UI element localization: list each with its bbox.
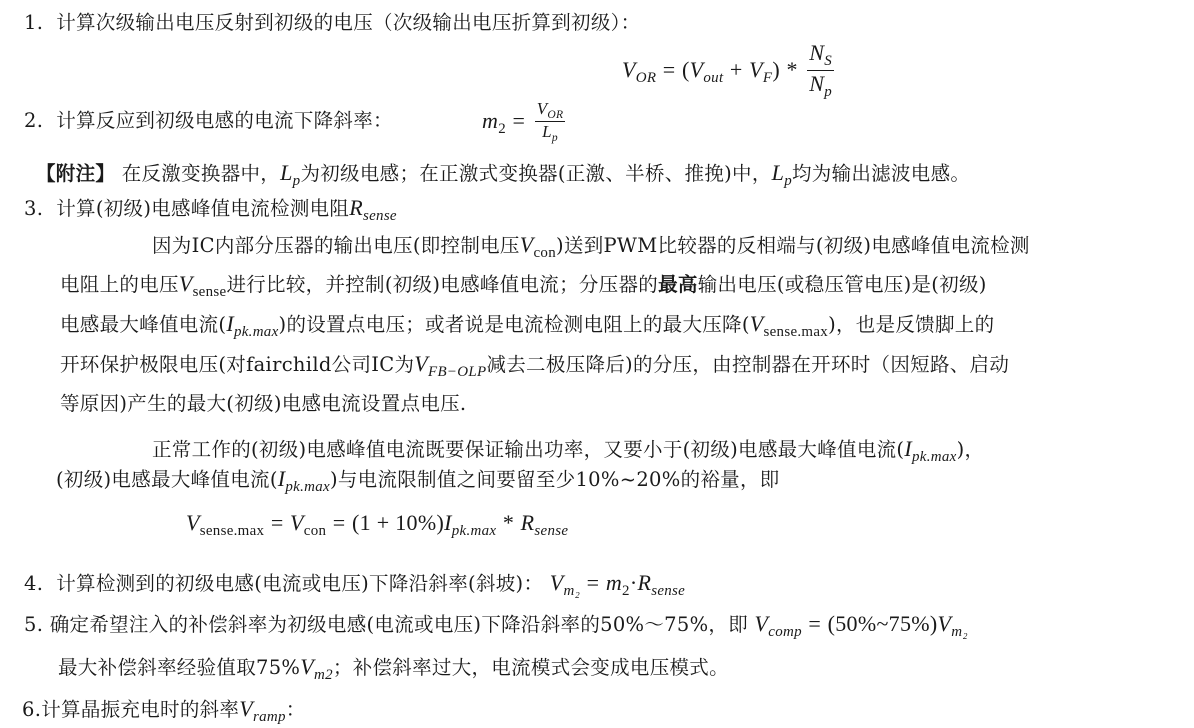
item-3-text: 计算(初级)电感峰值电流检测电阻 bbox=[56, 197, 349, 220]
item-1-text: 计算次级输出电压反射到初级的电压（次级输出电压折算到初级）： bbox=[56, 11, 640, 34]
subscript: con bbox=[533, 245, 556, 261]
item-6-line: 6.计算晶振充电时的斜率Vramp： bbox=[22, 696, 306, 728]
equals-sign: = bbox=[587, 570, 600, 595]
item-2-line: 2. 计算反应到初级电感的电流下降斜率： bbox=[24, 106, 393, 136]
symbol: V bbox=[938, 611, 952, 636]
times-sign: * bbox=[503, 510, 514, 535]
symbol: L bbox=[280, 160, 293, 185]
symbol: I bbox=[904, 436, 912, 461]
subscript: m2 bbox=[314, 667, 333, 683]
item-6-text: 计算晶振充电时的斜率 bbox=[41, 698, 239, 721]
symbol: V bbox=[300, 654, 314, 679]
subscript: pk.max bbox=[234, 324, 279, 340]
para1-line3: 电感最大峰值电流(Ipk.max)的设置点电压；或者说是电流检测电阻上的最大压降… bbox=[60, 311, 994, 345]
formula-vor: VOR = (Vout + VF) * NS Np bbox=[622, 40, 837, 108]
times-sign: * bbox=[786, 57, 797, 82]
subscript: sense.max bbox=[764, 324, 829, 340]
subscript: p bbox=[784, 173, 792, 189]
symbol: V bbox=[749, 57, 763, 82]
symbol: V bbox=[550, 570, 564, 595]
subscript: con bbox=[304, 523, 327, 539]
text: 电感最大峰值电流( bbox=[60, 313, 226, 336]
para2-line2: (初级)电感最大峰值电流(Ipk.max)与电流限制值之间要留至少10%~20%… bbox=[56, 466, 780, 500]
text: )， bbox=[957, 438, 985, 461]
item-6-number: 6. bbox=[22, 698, 41, 721]
symbol: V bbox=[186, 510, 200, 535]
subscript: F bbox=[763, 70, 772, 86]
symbol: V bbox=[414, 351, 428, 376]
note-text: 均为输出滤波电感。 bbox=[792, 162, 970, 185]
subscript: pk.max bbox=[912, 449, 957, 465]
symbol: V bbox=[179, 271, 193, 296]
subscript: pk.max bbox=[285, 479, 330, 495]
item-4-text: 计算检测到的初级电感(电流或电压)下降沿斜率(斜坡)： bbox=[56, 572, 543, 595]
equals-sign: = bbox=[333, 510, 346, 535]
symbol: m bbox=[606, 570, 622, 595]
symbol: N bbox=[809, 71, 824, 96]
subscript: sense.max bbox=[200, 523, 265, 539]
text: (初级)电感最大峰值电流( bbox=[56, 468, 278, 491]
symbol: R bbox=[349, 195, 363, 220]
para1-line4: 开环保护极限电压(对fairchild公司IC为VFB−OLP减去二极压降后)的… bbox=[60, 351, 1009, 385]
subscript: sense bbox=[651, 583, 685, 599]
symbol: R bbox=[637, 570, 651, 595]
note-label: 【附注】 bbox=[36, 162, 115, 185]
item-3-line: 3. 计算(初级)电感峰值电流检测电阻Rsense bbox=[24, 195, 397, 229]
note-text: 在反激变换器中， bbox=[122, 162, 280, 185]
subscript: m₂ bbox=[951, 624, 968, 640]
para1-line1: 因为IC内部分压器的输出电压(即控制电压Vcon)送到PWM比较器的反相端与(初… bbox=[152, 232, 1030, 266]
item-4-number: 4. bbox=[24, 572, 43, 595]
note-line: 【附注】 在反激变换器中，Lp为初级电感；在正激式变换器(正激、半桥、推挽)中，… bbox=[36, 160, 970, 194]
symbol: N bbox=[809, 40, 824, 65]
symbol: V bbox=[290, 510, 304, 535]
text: )，也是反馈脚上的 bbox=[828, 313, 994, 336]
subscript: p bbox=[552, 131, 558, 144]
subscript: sense bbox=[193, 284, 227, 300]
formula-vsense: Vsense.max = Vcon = (1 + 10%)Ipk.max * R… bbox=[186, 510, 568, 544]
symbol: R bbox=[521, 510, 535, 535]
factor: (1 + 10%) bbox=[352, 510, 444, 535]
subscript: OR bbox=[547, 108, 563, 121]
subscript: m₂ bbox=[564, 583, 581, 599]
item-2-text: 计算反应到初级电感的电流下降斜率： bbox=[56, 109, 393, 132]
subscript: sense bbox=[534, 523, 568, 539]
symbol: V bbox=[239, 696, 253, 721]
text: 电阻上的电压 bbox=[60, 273, 179, 296]
symbol: I bbox=[226, 311, 234, 336]
formula-m2: m2 = VOR Lp bbox=[482, 98, 568, 152]
subscript: 2 bbox=[622, 583, 630, 599]
subscript: ramp bbox=[253, 709, 286, 725]
text: 输出电压(或稳压管电压)是(初级) bbox=[698, 273, 987, 296]
subscript: p bbox=[824, 84, 832, 100]
symbol: V bbox=[690, 57, 704, 82]
text: )的设置点电压；或者说是电流检测电阻上的最大压降( bbox=[279, 313, 750, 336]
paren: ( bbox=[682, 57, 690, 82]
item-5-text: 确定希望注入的补偿斜率为初级电感(电流或电压)下降沿斜率的50%～75%，即 bbox=[50, 613, 748, 636]
symbol: V bbox=[755, 611, 769, 636]
subscript: sense bbox=[363, 208, 397, 224]
equals-sign: = bbox=[663, 57, 676, 82]
text: 因为IC内部分压器的输出电压(即控制电压 bbox=[152, 234, 520, 257]
text: )与电流限制值之间要留至少10%~20%的裕量，即 bbox=[330, 468, 780, 491]
colon: ： bbox=[286, 698, 306, 721]
subscript: 2 bbox=[498, 121, 506, 137]
text: 进行比较，并控制(初级)电感峰值电流；分压器的 bbox=[226, 273, 658, 296]
plus-sign: + bbox=[730, 57, 743, 82]
equals-sign: = bbox=[808, 611, 821, 636]
text: 减去二极压降后)的分压，由控制器在开环时（因短路、启动 bbox=[486, 353, 1009, 376]
symbol: L bbox=[542, 122, 552, 141]
item-5-note: 最大补偿斜率经验值取75%Vm2；补偿斜率过大，电流模式会变成电压模式。 bbox=[58, 654, 729, 688]
item-1-number: 1. bbox=[24, 11, 43, 34]
note-text: 为初级电感；在正激式变换器(正激、半桥、推挽)中， bbox=[300, 162, 771, 185]
text: 等原因)产生的最大(初级)电感电流设置点电压. bbox=[60, 392, 466, 415]
subscript: comp bbox=[768, 624, 802, 640]
item-2-number: 2. bbox=[24, 109, 43, 132]
subscript: out bbox=[703, 70, 723, 86]
symbol: I bbox=[444, 510, 452, 535]
item-5-number: 5. bbox=[24, 613, 43, 636]
text: 开环保护极限电压(对fairchild公司IC为 bbox=[60, 353, 414, 376]
fraction-vor-lp: VOR Lp bbox=[535, 100, 566, 146]
subscript: S bbox=[824, 53, 832, 69]
item-3-number: 3. bbox=[24, 197, 43, 220]
equals-sign: = bbox=[512, 108, 525, 133]
fraction-ns-np: NS Np bbox=[807, 41, 834, 102]
symbol: L bbox=[772, 160, 785, 185]
symbol: V bbox=[622, 57, 636, 82]
symbol: m bbox=[482, 108, 498, 133]
subscript: OR bbox=[636, 70, 657, 86]
subscript: pk.max bbox=[452, 523, 497, 539]
bold-text: 最高 bbox=[658, 273, 698, 296]
text: )送到PWM比较器的反相端与(初级)电感峰值电流检测 bbox=[556, 234, 1030, 257]
text: 最大补偿斜率经验值取75% bbox=[58, 656, 300, 679]
equals-sign: = bbox=[271, 510, 284, 535]
paren: ) bbox=[772, 57, 780, 82]
text: ；补偿斜率过大，电流模式会变成电压模式。 bbox=[333, 656, 729, 679]
item-4-line: 4. 计算检测到的初级电感(电流或电压)下降沿斜率(斜坡)： Vm₂ = m2·… bbox=[24, 570, 685, 604]
symbol: V bbox=[750, 311, 764, 336]
symbol: V bbox=[537, 99, 548, 118]
subscript: FB−OLP bbox=[428, 364, 486, 380]
para1-line5: 等原因)产生的最大(初级)电感电流设置点电压. bbox=[60, 391, 466, 417]
para1-line2: 电阻上的电压Vsense进行比较，并控制(初级)电感峰值电流；分压器的最高输出电… bbox=[60, 271, 987, 305]
item-5-line: 5. 确定希望注入的补偿斜率为初级电感(电流或电压)下降沿斜率的50%～75%，… bbox=[24, 611, 968, 645]
symbol: V bbox=[520, 232, 534, 257]
text: 正常工作的(初级)电感峰值电流既要保证输出功率，又要小于(初级)电感最大峰值电流… bbox=[152, 438, 904, 461]
factor: (50%~75%) bbox=[828, 611, 938, 636]
item-1-line: 1. 计算次级输出电压反射到初级的电压（次级输出电压折算到初级）： bbox=[24, 10, 640, 36]
